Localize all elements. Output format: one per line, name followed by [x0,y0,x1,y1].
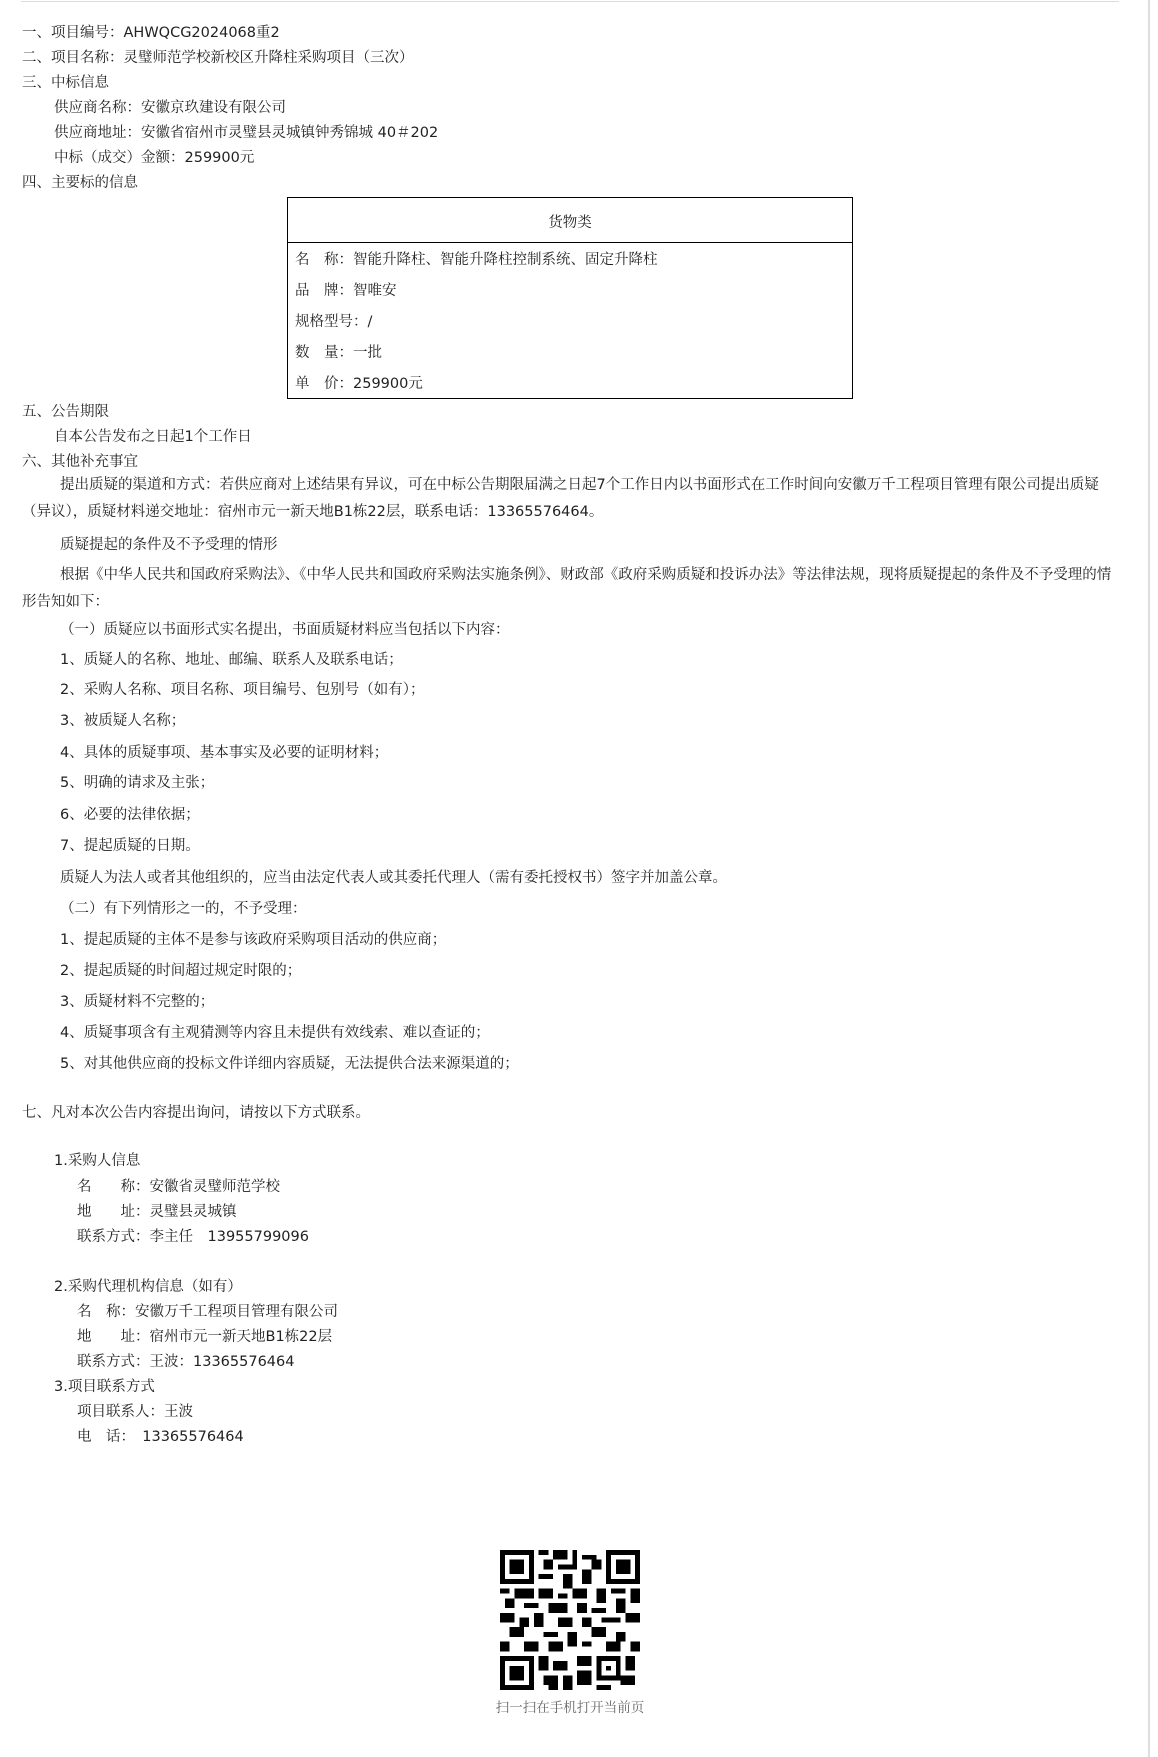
list-item: 4、质疑事项含有主观猜测等内容且未提供有效线索、难以查证的； [60,1023,490,1043]
list-item: 1、质疑人的名称、地址、邮编、联系人及联系电话； [60,650,403,670]
project-contact-person: 项目联系人：王波 [77,1402,193,1422]
period-text: 自本公告发布之日起1个工作日 [54,427,252,447]
agency-name: 名 称：安徽万千工程项目管理有限公司 [77,1302,338,1322]
top-divider [21,1,1119,2]
table-row-name: 名 称：智能升降柱、智能升降柱控制系统、固定升降柱 [288,243,853,275]
project-contact-phone: 电 话： 13365576464 [77,1427,244,1447]
supplier-name: 供应商名称：安徽京玖建设有限公司 [54,98,286,118]
project-number: 一、项目编号：AHWQCG2024068重2 [22,23,280,43]
part2-title: （二）有下列情形之一的，不予受理： [60,899,307,919]
table-row-quantity: 数 量：一批 [288,336,853,367]
list-item: 3、被质疑人名称； [60,711,185,731]
list-item: 1、提起质疑的主体不是参与该政府采购项目活动的供应商； [60,930,446,950]
conditions-title: 质疑提起的条件及不予受理的情形 [60,535,278,555]
challenge-channel-paragraph: 提出质疑的渠道和方式：若供应商对上述结果有异议，可在中标公告期限届满之日起7个工… [22,472,1119,526]
purchaser-title: 1.采购人信息 [54,1151,140,1171]
signature-note: 质疑人为法人或者其他组织的，应当由法定代表人或其委托代理人（需有委托授权书）签字… [60,868,727,888]
project-contact-title: 3.项目联系方式 [54,1377,155,1397]
legal-basis-paragraph: 根据《中华人民共和国政府采购法》、《中华人民共和国政府采购法实施条例》、财政部《… [22,562,1119,616]
list-item: 5、明确的请求及主张； [60,773,214,793]
list-item: 6、必要的法律依据； [60,805,200,825]
table-row-brand: 品 牌：智唯安 [288,274,853,305]
award-amount: 中标（成交）金额：259900元 [54,148,254,168]
subject-heading: 四、主要标的信息 [22,173,138,193]
period-heading: 五、公告期限 [22,402,109,422]
subject-table: 货物类 名 称：智能升降柱、智能升降柱控制系统、固定升降柱 品 牌：智唯安 规格… [287,197,853,399]
agency-title: 2.采购代理机构信息（如有） [54,1277,242,1297]
table-row-unit-price: 单 价：259900元 [288,367,853,399]
agency-contact: 联系方式：王波：13365576464 [77,1352,294,1372]
agency-address: 地 址：宿州市元一新天地B1栋22层 [77,1327,332,1347]
purchaser-contact: 联系方式：李主任 13955799096 [77,1227,309,1247]
list-item: 4、具体的质疑事项、基本事实及必要的证明材料； [60,743,388,763]
table-header: 货物类 [288,198,853,243]
contact-heading: 七、凡对本次公告内容提出询问，请按以下方式联系。 [22,1103,370,1123]
list-item: 2、提起质疑的时间超过规定时限的； [60,961,301,981]
list-item: 5、对其他供应商的投标文件详细内容质疑，无法提供合法来源渠道的； [60,1054,519,1074]
award-heading: 三、中标信息 [22,73,109,93]
purchaser-address: 地 址：灵璧县灵城镇 [77,1202,237,1222]
list-item: 3、质疑材料不完整的； [60,992,214,1012]
part1-title: （一）质疑应以书面形式实名提出，书面质疑材料应当包括以下内容： [60,620,510,640]
table-row-spec: 规格型号：/ [288,305,853,336]
scrollbar-track[interactable] [1148,0,1150,1757]
list-item: 7、提起质疑的日期。 [60,836,200,856]
qr-code-icon [500,1550,640,1690]
qr-caption: 扫一扫在手机打开当前页 [470,1698,670,1718]
list-item: 2、采购人名称、项目名称、项目编号、包别号（如有）； [60,680,424,700]
purchaser-name: 名 称：安徽省灵璧师范学校 [77,1177,280,1197]
other-heading: 六、其他补充事宜 [22,452,138,472]
project-name: 二、项目名称：灵璧师范学校新校区升降柱采购项目（三次） [22,48,414,68]
supplier-address: 供应商地址：安徽省宿州市灵璧县灵城镇钟秀锦城 40＃202 [54,123,438,143]
